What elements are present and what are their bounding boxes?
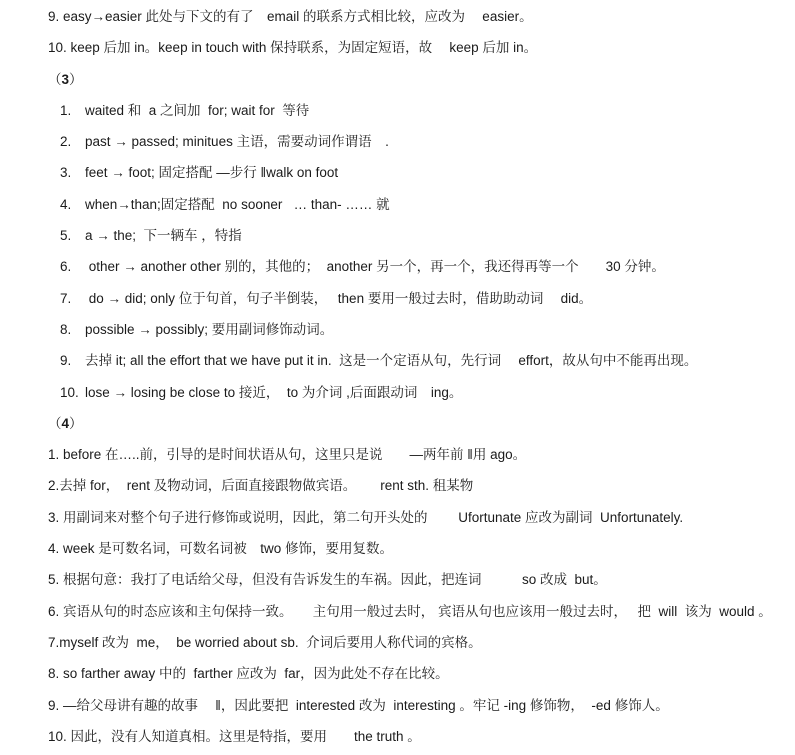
answer-line-prev-9: 9. easy→easier 此处与下文的有了 email 的联系方式相比较，应… <box>48 1 795 32</box>
answer-line-s3-5: 5.a → the; 下一辆车 ，特指 <box>48 220 795 251</box>
section-heading-3: （3） <box>48 64 795 95</box>
item-text: possible → possibly; 要用副词修饰动词。 <box>85 322 333 337</box>
item-text: 去掉 it; all the effort that we have put i… <box>85 353 697 368</box>
answer-line-s3-9: 9.去掉 it; all the effort that we have put… <box>48 345 795 376</box>
item-text: feet → foot; 固定搭配 ―步行 ‖walk on foot <box>85 165 338 180</box>
answer-line-s4-7: 7.myself 改为 me， be worried about sb. 介词后… <box>48 627 795 658</box>
answer-line-s4-9: 9. ―给父母讲有趣的故事 ‖，因此要把 interested 改为 inter… <box>48 690 795 721</box>
answer-line-s3-6: 6. other → another other 别的，其他的； another… <box>48 251 795 282</box>
answer-line-s4-4: 4. week 是可数名词，可数名词被 two 修饰，要用复数。 <box>48 533 795 564</box>
heading-paren-close: ） <box>69 416 83 431</box>
item-text: do → did; only 位于句首，句子半倒装， then 要用一般过去时，… <box>85 291 592 306</box>
answer-line-s3-4: 4.when→than;固定搭配 no sooner … than- …… 就 <box>48 189 795 220</box>
heading-paren-close: ） <box>69 72 83 87</box>
heading-paren-open: （ <box>48 416 62 431</box>
answer-line-s4-2: 2.去掉 for， rent 及物动词，后面直接跟物做宾语。 rent sth.… <box>48 470 795 501</box>
heading-number: 4 <box>62 416 70 431</box>
answer-line-s3-3: 3.feet → foot; 固定搭配 ―步行 ‖walk on foot <box>48 157 795 188</box>
answer-line-s4-3: 3. 用副词来对整个句子进行修饰或说明，因此，第二句开头处的 Ufortunat… <box>48 502 795 533</box>
answer-line-prev-10: 10. keep 后加 in。keep in touch with 保持联系，为… <box>48 32 795 63</box>
heading-number: 3 <box>62 72 70 87</box>
item-text: past → passed; minitues 主语，需要动词作谓语 . <box>85 134 389 149</box>
answer-line-s3-1: 1.waited 和 a 之间加 for; wait for 等待 <box>48 95 795 126</box>
heading-paren-open: （ <box>48 72 62 87</box>
item-number: 2. <box>60 126 85 157</box>
item-number: 9. <box>60 345 85 376</box>
answer-line-s3-7: 7. do → did; only 位于句首，句子半倒装， then 要用一般过… <box>48 283 795 314</box>
answer-key-document: 9. easy→easier 此处与下文的有了 email 的联系方式相比较，应… <box>0 0 795 755</box>
item-number: 8. <box>60 314 85 345</box>
answer-line-s3-2: 2.past → passed; minitues 主语，需要动词作谓语 . <box>48 126 795 157</box>
item-number: 1. <box>60 95 85 126</box>
answer-line-s4-5: 5. 根据句意：我打了电话给父母，但没有告诉发生的车祸。因此，把连词 so 改成… <box>48 564 795 595</box>
answer-line-s4-10: 10. 因此，没有人知道真相。这里是特指，要用 the truth 。 <box>48 721 795 752</box>
answer-line-s3-8: 8.possible → possibly; 要用副词修饰动词。 <box>48 314 795 345</box>
item-number: 5. <box>60 220 85 251</box>
item-text: a → the; 下一辆车 ，特指 <box>85 228 242 243</box>
item-text: other → another other 别的，其他的； another 另一… <box>85 259 665 274</box>
answer-line-s4-1: 1. before 在…..前，引导的是时间状语从句，这里只是说 ―两年前 ‖用… <box>48 439 795 470</box>
item-number: 6. <box>60 251 85 282</box>
item-text: waited 和 a 之间加 for; wait for 等待 <box>85 103 309 118</box>
item-number: 4. <box>60 189 85 220</box>
answer-line-s4-8: 8. so farther away 中的 farther 应改为 far，因为… <box>48 658 795 689</box>
section-heading-4: （4） <box>48 408 795 439</box>
item-number: 3. <box>60 157 85 188</box>
item-number: 10. <box>60 377 85 408</box>
item-text: when→than;固定搭配 no sooner … than- …… 就 <box>85 197 390 212</box>
answer-line-s3-10: 10.lose → losing be close to 接近， to 为介词 … <box>48 377 795 408</box>
item-text: lose → losing be close to 接近， to 为介词 ,后面… <box>85 385 462 400</box>
answer-line-s4-6: 6. 宾语从句的时态应该和主句保持一致。 主句用一般过去时， 宾语从句也应该用一… <box>48 596 795 627</box>
item-number: 7. <box>60 283 85 314</box>
